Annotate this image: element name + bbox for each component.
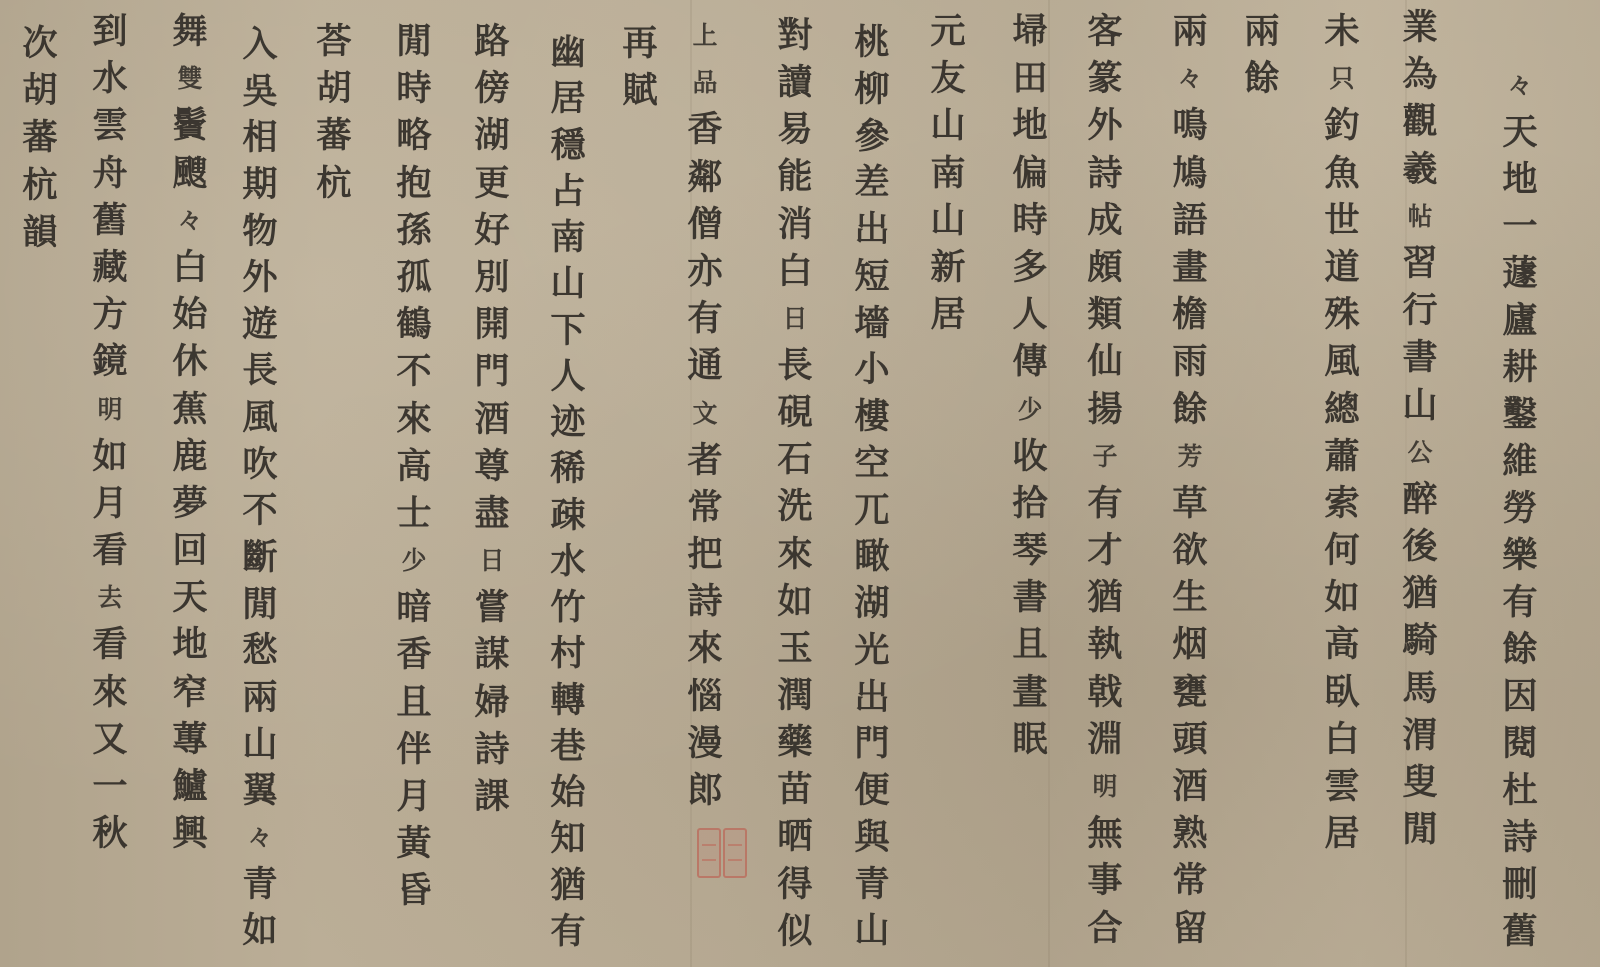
calligraphy-character: 尊	[474, 443, 509, 490]
calligraphy-character: 迹	[550, 400, 585, 446]
calligraphy-character: 人	[1012, 291, 1047, 338]
calligraphy-character: 香	[396, 631, 431, 678]
calligraphy-character: 子	[1093, 433, 1118, 480]
calligraphy-character: 日	[480, 537, 505, 584]
text-column: 閒時略抱孫孤鶴不來高士少暗香且伴月黃昏	[394, 18, 434, 915]
calligraphy-character: 興	[172, 810, 207, 857]
calligraphy-character: 雙	[178, 55, 203, 102]
calligraphy-character: 品	[693, 59, 718, 106]
calligraphy-character: 有	[1502, 579, 1537, 626]
calligraphy-character: 天	[1502, 109, 1537, 156]
calligraphy-character: 門	[854, 721, 889, 768]
calligraphy-character: 鄰	[687, 154, 722, 201]
calligraphy-character: 釣	[1324, 102, 1359, 149]
calligraphy-character: 地	[1502, 156, 1537, 203]
calligraphy-character: 舊	[1502, 908, 1537, 955]
text-column: 幽居穩占南山下人迹稀疎水竹村轉巷始知猶有	[548, 30, 588, 955]
calligraphy-character: 舊	[92, 197, 127, 244]
calligraphy-character: 晝	[1012, 669, 1047, 716]
calligraphy-character: 閒	[396, 18, 431, 65]
calligraphy-character: 天	[172, 574, 207, 621]
calligraphy-character: 韻	[22, 209, 57, 256]
calligraphy-character: 耕	[1502, 344, 1537, 391]
calligraphy-character: 者	[687, 437, 722, 484]
calligraphy-character: 去	[98, 574, 123, 621]
calligraphy-character: 山	[242, 722, 277, 769]
calligraphy-character: 如	[242, 908, 277, 955]
text-column: 對讀易能消白日長硯石洗來如玉潤藥苗晒得似	[775, 12, 815, 955]
calligraphy-character: 休	[172, 338, 207, 385]
calligraphy-character: 潤	[777, 672, 812, 719]
calligraphy-character: 課	[474, 773, 509, 820]
calligraphy-character: 因	[1502, 673, 1537, 720]
calligraphy-character: 餘	[1244, 55, 1279, 102]
calligraphy-character: 々	[1508, 62, 1533, 109]
calligraphy-character: 白	[777, 248, 812, 295]
calligraphy-character: 有	[550, 909, 585, 955]
calligraphy-character: 竹	[550, 585, 585, 631]
calligraphy-character: 便	[854, 768, 889, 815]
calligraphy-character: 把	[687, 531, 722, 578]
calligraphy-character: 昏	[396, 867, 431, 914]
calligraphy-character: 山	[930, 197, 965, 244]
calligraphy-character: 未	[1324, 8, 1359, 55]
calligraphy-character: 羲	[1402, 146, 1437, 193]
calligraphy-character: 愁	[242, 628, 277, 675]
calligraphy-character: 別	[474, 254, 509, 301]
text-column: 兩々鳴鳩語畫檐雨餘芳草欲生烟甕頭酒熟常留	[1170, 8, 1210, 952]
calligraphy-character: 鱸	[172, 763, 207, 810]
calligraphy-character: 謀	[474, 631, 509, 678]
calligraphy-character: 書	[1012, 574, 1047, 621]
calligraphy-character: 空	[854, 441, 889, 488]
calligraphy-character: 々	[1178, 55, 1203, 102]
calligraphy-character: 且	[1012, 621, 1047, 668]
calligraphy-character: 業	[1402, 4, 1437, 51]
calligraphy-character: 惱	[687, 673, 722, 720]
calligraphy-character: 蓴	[172, 716, 207, 763]
calligraphy-character: 巷	[550, 724, 585, 770]
calligraphy-character: 光	[854, 628, 889, 675]
calligraphy-character: 鏡	[92, 338, 127, 385]
calligraphy-character: 到	[92, 8, 127, 55]
calligraphy-character: 酒	[1172, 763, 1207, 810]
calligraphy-character: 刪	[1502, 861, 1537, 908]
calligraphy-character: 翼	[242, 768, 277, 815]
calligraphy-character: 荅	[316, 18, 351, 65]
calligraphy-character: 埽	[1012, 8, 1047, 55]
calligraphy-character: 多	[1012, 244, 1047, 291]
calligraphy-character: 看	[92, 527, 127, 574]
calligraphy-character: 猶	[550, 863, 585, 909]
calligraphy-character: 抱	[396, 160, 431, 207]
calligraphy-character: 物	[242, 209, 277, 256]
calligraphy-character: 鬢	[172, 102, 207, 149]
calligraphy-character: 兀	[854, 488, 889, 535]
calligraphy-character: 新	[930, 244, 965, 291]
calligraphy-character: 黃	[396, 820, 431, 867]
calligraphy-character: 合	[1087, 905, 1122, 952]
calligraphy-character: 閱	[1502, 720, 1537, 767]
calligraphy-character: 何	[1324, 527, 1359, 574]
calligraphy-character: 猶	[1402, 570, 1437, 617]
calligraphy-character: 石	[777, 436, 812, 483]
calligraphy-character: 出	[854, 675, 889, 722]
calligraphy-character: 更	[474, 160, 509, 207]
calligraphy-character: 客	[1087, 8, 1122, 55]
calligraphy-character: 無	[1087, 810, 1122, 857]
calligraphy-character: 易	[777, 106, 812, 153]
calligraphy-character: 樂	[1502, 532, 1537, 579]
calligraphy-character: 醉	[1402, 476, 1437, 523]
calligraphy-character: 香	[687, 106, 722, 153]
calligraphy-character: 世	[1324, 197, 1359, 244]
calligraphy-character: 欲	[1172, 527, 1207, 574]
text-column: 客篆外詩成頗類仙揚子有才猶執戟淵明無事合	[1085, 8, 1125, 952]
calligraphy-character: 畫	[1172, 244, 1207, 291]
calligraphy-character: 一	[92, 763, 127, 810]
calligraphy-character: 硯	[777, 389, 812, 436]
calligraphy-character: 酒	[474, 396, 509, 443]
calligraphy-character: 有	[687, 295, 722, 342]
calligraphy-character: 蕃	[316, 112, 351, 159]
calligraphy-character: 幽	[550, 30, 585, 76]
text-column: 桃柳參差出短墻小樓空兀瞰湖光出門便與青山	[852, 20, 892, 955]
calligraphy-character: 斷	[242, 535, 277, 582]
calligraphy-character: 雲	[1324, 763, 1359, 810]
calligraphy-character: 觀	[1402, 98, 1437, 145]
calligraphy-character: 習	[1402, 240, 1437, 287]
calligraphy-character: 詩	[687, 578, 722, 625]
text-column: 々天地一蘧廬耕鑿維勞樂有餘因閱杜詩刪舊	[1500, 62, 1540, 955]
calligraphy-character: 僧	[687, 201, 722, 248]
calligraphy-character: 淵	[1087, 716, 1122, 763]
calligraphy-character: 臥	[1324, 669, 1359, 716]
calligraphy-character: 方	[92, 291, 127, 338]
calligraphy-character: 鹿	[172, 433, 207, 480]
calligraphy-character: 消	[777, 201, 812, 248]
calligraphy-character: 餘	[1502, 626, 1537, 673]
calligraphy-character: 讀	[777, 59, 812, 106]
calligraphy-character: 蕉	[172, 386, 207, 433]
calligraphy-character: 看	[92, 621, 127, 668]
calligraphy-character: 少	[402, 537, 427, 584]
calligraphy-character: 成	[1087, 197, 1122, 244]
text-column: 業為觀羲帖習行書山公醉後猶騎馬渭叟閒	[1400, 4, 1440, 853]
calligraphy-character: 颼	[172, 150, 207, 197]
calligraphy-character: 草	[1172, 480, 1207, 527]
calligraphy-character: 鳩	[1172, 150, 1207, 197]
calligraphy-character: 友	[930, 55, 965, 102]
calligraphy-character: 略	[396, 112, 431, 159]
calligraphy-character: 稀	[550, 446, 585, 492]
seal-left-half	[697, 828, 721, 878]
calligraphy-character: 為	[1402, 51, 1437, 98]
calligraphy-character: 如	[777, 578, 812, 625]
calligraphy-character: 人	[550, 354, 585, 400]
calligraphy-character: 渭	[1402, 712, 1437, 759]
calligraphy-character: 嘗	[474, 584, 509, 631]
calligraphy-character: 月	[92, 480, 127, 527]
red-seal-stamp	[697, 828, 747, 878]
calligraphy-character: 路	[474, 18, 509, 65]
calligraphy-character: 兩	[1244, 8, 1279, 55]
calligraphy-character: 青	[854, 862, 889, 909]
calligraphy-character: 穩	[550, 123, 585, 169]
calligraphy-character: 來	[92, 669, 127, 716]
calligraphy-character: 頗	[1087, 244, 1122, 291]
calligraphy-character: 遊	[242, 302, 277, 349]
calligraphy-character: 來	[396, 396, 431, 443]
text-column: 埽田地偏時多人傳少收拾琴書且晝眠	[1010, 8, 1050, 763]
calligraphy-character: 兩	[242, 675, 277, 722]
calligraphy-character: 舟	[92, 150, 127, 197]
calligraphy-character: 猶	[1087, 574, 1122, 621]
calligraphy-character: 公	[1408, 429, 1433, 476]
text-column: 路傍湖更好別開門酒尊盡日嘗謀婦詩課	[472, 18, 512, 820]
calligraphy-character: 高	[396, 443, 431, 490]
calligraphy-character: 藏	[92, 244, 127, 291]
calligraphy-character: 山	[930, 102, 965, 149]
calligraphy-character: 瞰	[854, 534, 889, 581]
calligraphy-character: 々	[178, 197, 203, 244]
calligraphy-character: 居	[930, 291, 965, 338]
calligraphy-character: 參	[854, 114, 889, 161]
calligraphy-character: 入	[242, 22, 277, 69]
calligraphy-character: 村	[550, 631, 585, 677]
calligraphy-character: 時	[1012, 197, 1047, 244]
calligraphy-character: 伴	[396, 726, 431, 773]
text-column: 到水雲舟舊藏方鏡明如月看去看來又一秋	[90, 8, 130, 857]
calligraphy-character: 水	[92, 55, 127, 102]
calligraphy-character: 期	[242, 162, 277, 209]
calligraphy-character: 門	[474, 348, 509, 395]
calligraphy-character: 差	[854, 160, 889, 207]
calligraphy-character: 始	[550, 770, 585, 816]
calligraphy-character: 晒	[777, 813, 812, 860]
calligraphy-character: 南	[550, 215, 585, 261]
calligraphy-character: 叟	[1402, 759, 1437, 806]
calligraphy-character: 日	[783, 295, 808, 342]
calligraphy-character: 有	[1087, 480, 1122, 527]
calligraphy-character: 外	[242, 255, 277, 302]
calligraphy-character: 占	[550, 169, 585, 215]
calligraphy-character: 對	[777, 12, 812, 59]
calligraphy-character: 偏	[1012, 150, 1047, 197]
calligraphy-character: 生	[1172, 574, 1207, 621]
calligraphy-character: 行	[1402, 287, 1437, 334]
calligraphy-character: 頭	[1172, 716, 1207, 763]
calligraphy-character: 鑿	[1502, 391, 1537, 438]
calligraphy-character: 暗	[396, 584, 431, 631]
seal-right-half	[723, 828, 747, 878]
calligraphy-character: 青	[242, 862, 277, 909]
calligraphy-character: 地	[1012, 102, 1047, 149]
calligraphy-character: 熟	[1172, 810, 1207, 857]
calligraphy-character: 執	[1087, 621, 1122, 668]
calligraphy-character: 兩	[1172, 8, 1207, 55]
calligraphy-character: 如	[92, 433, 127, 480]
calligraphy-character: 長	[777, 342, 812, 389]
calligraphy-character: 琴	[1012, 527, 1047, 574]
calligraphy-character: 才	[1087, 527, 1122, 574]
calligraphy-character: 月	[396, 773, 431, 820]
calligraphy-character: 傍	[474, 65, 509, 112]
calligraphy-character: 杭	[316, 160, 351, 207]
calligraphy-character: 下	[550, 308, 585, 354]
calligraphy-character: 再	[622, 20, 657, 67]
calligraphy-character: 語	[1172, 197, 1207, 244]
calligraphy-character: 後	[1402, 523, 1437, 570]
calligraphy-character: 明	[98, 386, 123, 433]
calligraphy-character: 墻	[854, 301, 889, 348]
calligraphy-character: 維	[1502, 438, 1537, 485]
calligraphy-character: 杜	[1502, 767, 1537, 814]
calligraphy-character: 々	[248, 815, 273, 862]
text-column: 入吳相期物外遊長風吹不斷閒愁兩山翼々青如	[240, 22, 280, 955]
calligraphy-character: 留	[1172, 905, 1207, 952]
calligraphy-character: 上	[693, 12, 718, 59]
calligraphy-character: 魚	[1324, 150, 1359, 197]
calligraphy-character: 閒	[1402, 806, 1437, 853]
calligraphy-character: 甕	[1172, 669, 1207, 716]
calligraphy-character: 索	[1324, 480, 1359, 527]
calligraphy-character: 類	[1087, 291, 1122, 338]
calligraphy-character: 事	[1087, 857, 1122, 904]
calligraphy-character: 樓	[854, 394, 889, 441]
calligraphy-character: 檐	[1172, 291, 1207, 338]
calligraphy-character: 且	[396, 679, 431, 726]
calligraphy-character: 吹	[242, 442, 277, 489]
calligraphy-character: 芳	[1178, 433, 1203, 480]
calligraphy-character: 文	[693, 390, 718, 437]
calligraphy-character: 蘧	[1502, 250, 1537, 297]
text-column: 荅胡蕃杭	[314, 18, 354, 207]
calligraphy-character: 傳	[1012, 338, 1047, 385]
calligraphy-character: 烟	[1172, 621, 1207, 668]
calligraphy-character: 長	[242, 348, 277, 395]
calligraphy-character: 柳	[854, 67, 889, 114]
calligraphy-character: 胡	[316, 65, 351, 112]
calligraphy-character: 少	[1018, 386, 1043, 433]
calligraphy-character: 元	[930, 8, 965, 55]
calligraphy-character: 來	[777, 531, 812, 578]
calligraphy-character: 拾	[1012, 480, 1047, 527]
calligraphy-character: 水	[550, 539, 585, 585]
calligraphy-character: 蕭	[1324, 433, 1359, 480]
calligraphy-character: 孤	[396, 254, 431, 301]
calligraphy-character: 舞	[172, 8, 207, 55]
calligraphy-character: 仙	[1087, 338, 1122, 385]
calligraphy-character: 秋	[92, 810, 127, 857]
text-column: 次胡蕃杭韻	[20, 20, 60, 256]
calligraphy-character: 時	[396, 65, 431, 112]
text-column: 兩餘	[1242, 8, 1282, 102]
calligraphy-character: 開	[474, 301, 509, 348]
calligraphy-character: 湖	[474, 112, 509, 159]
calligraphy-character: 總	[1324, 386, 1359, 433]
calligraphy-character: 相	[242, 115, 277, 162]
calligraphy-character: 疎	[550, 493, 585, 539]
calligraphy-character: 不	[396, 348, 431, 395]
text-column: 上品香鄰僧亦有通文者常把詩來惱漫郎	[685, 12, 725, 814]
calligraphy-character: 殊	[1324, 291, 1359, 338]
calligraphy-character: 洗	[777, 483, 812, 530]
calligraphy-character: 收	[1012, 433, 1047, 480]
calligraphy-character: 蕃	[22, 114, 57, 161]
calligraphy-character: 士	[396, 490, 431, 537]
calligraphy-character: 居	[550, 76, 585, 122]
calligraphy-character: 詩	[474, 726, 509, 773]
calligraphy-character: 風	[242, 395, 277, 442]
calligraphy-character: 只	[1330, 55, 1355, 102]
calligraphy-character: 盡	[474, 490, 509, 537]
calligraphy-character: 杭	[22, 162, 57, 209]
calligraphy-character: 賦	[622, 67, 657, 114]
calligraphy-character: 孫	[396, 207, 431, 254]
calligraphy-character: 轉	[550, 678, 585, 724]
text-column: 元友山南山新居	[928, 8, 968, 338]
calligraphy-character: 詩	[1087, 150, 1122, 197]
calligraphy-character: 不	[242, 488, 277, 535]
text-column: 舞雙鬢颼々白始休蕉鹿夢回天地窄蓴鱸興	[170, 8, 210, 857]
calligraphy-character: 知	[550, 816, 585, 862]
calligraphy-character: 書	[1402, 334, 1437, 381]
calligraphy-character: 鶴	[396, 301, 431, 348]
calligraphy-character: 好	[474, 207, 509, 254]
calligraphy-character: 一	[1502, 203, 1537, 250]
calligraphy-character: 胡	[22, 67, 57, 114]
text-column: 未只釣魚世道殊風總蕭索何如高臥白雲居	[1322, 8, 1362, 857]
calligraphy-character: 勞	[1502, 485, 1537, 532]
calligraphy-character: 小	[854, 347, 889, 394]
calligraphy-character: 閒	[242, 582, 277, 629]
calligraphy-character: 亦	[687, 248, 722, 295]
calligraphy-character: 夢	[172, 480, 207, 527]
calligraphy-character: 常	[687, 484, 722, 531]
calligraphy-character: 帖	[1408, 193, 1433, 240]
calligraphy-scroll: 々天地一蘧廬耕鑿維勞樂有餘因閱杜詩刪舊業為觀羲帖習行書山公醉後猶騎馬渭叟閒未只釣…	[0, 0, 1600, 967]
calligraphy-character: 揚	[1087, 386, 1122, 433]
calligraphy-character: 詩	[1502, 814, 1537, 861]
calligraphy-character: 回	[172, 527, 207, 574]
calligraphy-character: 馬	[1402, 665, 1437, 712]
calligraphy-character: 雲	[92, 102, 127, 149]
calligraphy-character: 能	[777, 153, 812, 200]
calligraphy-character: 出	[854, 207, 889, 254]
calligraphy-character: 外	[1087, 102, 1122, 149]
calligraphy-character: 漫	[687, 720, 722, 767]
calligraphy-character: 居	[1324, 810, 1359, 857]
calligraphy-character: 山	[1402, 382, 1437, 429]
calligraphy-character: 始	[172, 291, 207, 338]
calligraphy-character: 山	[550, 261, 585, 307]
calligraphy-character: 玉	[777, 625, 812, 672]
calligraphy-character: 似	[777, 908, 812, 955]
calligraphy-character: 南	[930, 150, 965, 197]
calligraphy-character: 藥	[777, 719, 812, 766]
calligraphy-character: 田	[1012, 55, 1047, 102]
calligraphy-character: 鳴	[1172, 102, 1207, 149]
calligraphy-character: 來	[687, 625, 722, 672]
calligraphy-character: 明	[1093, 763, 1118, 810]
calligraphy-character: 風	[1324, 338, 1359, 385]
calligraphy-character: 常	[1172, 857, 1207, 904]
calligraphy-character: 戟	[1087, 669, 1122, 716]
calligraphy-character: 通	[687, 342, 722, 389]
calligraphy-character: 地	[172, 621, 207, 668]
calligraphy-character: 苗	[777, 766, 812, 813]
